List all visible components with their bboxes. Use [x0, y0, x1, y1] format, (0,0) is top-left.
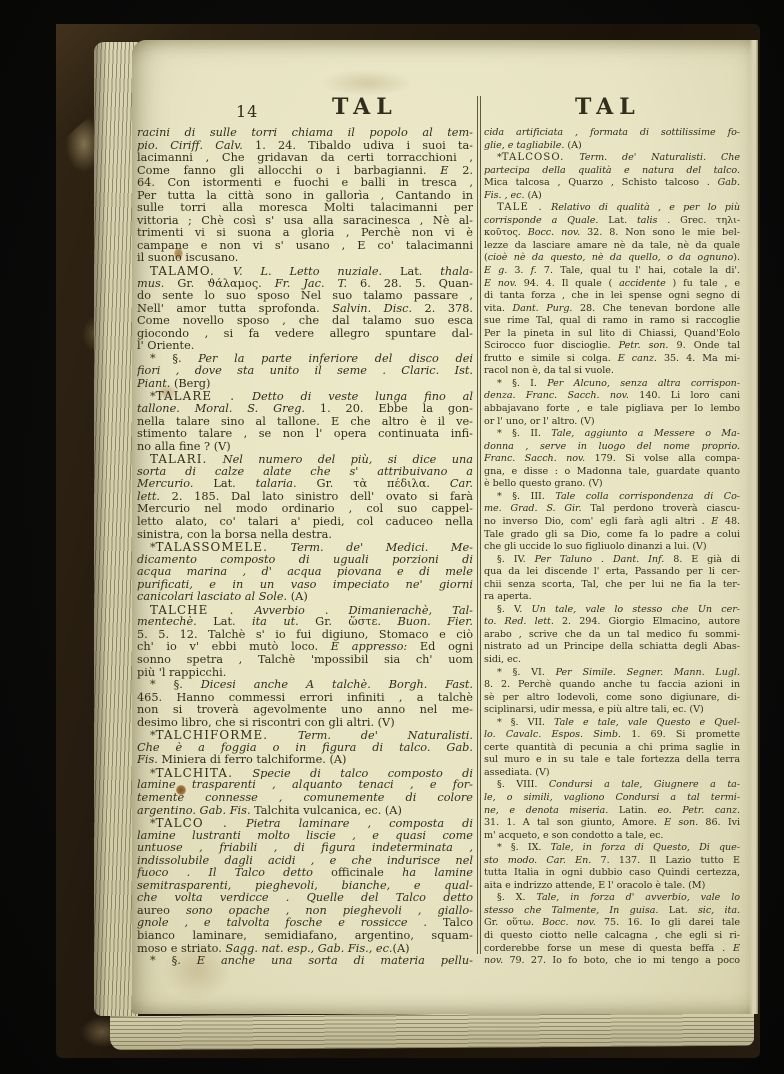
text-line: lamine lustranti molto liscie , e quasi …: [137, 830, 473, 843]
text-line: Scirocco fuor discioglie. Petr. son. 9. …: [484, 340, 740, 353]
text-line: corrisponde a Quale. Lat. talis . Grec. …: [484, 215, 740, 228]
text-line: * §. È anche una sorta di materia pellu-: [137, 955, 473, 968]
text-line: vittoria ; Chè così s' usa alla saracine…: [137, 215, 473, 228]
text-line: sto modo. Car. En. 7. 137. Il Lazio tutt…: [484, 855, 740, 868]
text-line: stesso che Talmente, In guisa. Lat. sic,…: [484, 905, 740, 918]
text-line: Mercurio nel modo ordinario , col suo ca…: [137, 503, 473, 516]
text-line: E g. 3. f. 7. Tale, qual tu l' hai, cota…: [484, 265, 740, 278]
text-line: che volta verdicce . Quelle del Talco de…: [137, 892, 473, 905]
text-line: aita e indrizzo attende, E l' oracolo è …: [484, 880, 740, 893]
text-line: che gli uccide lo suo figliuolo dinanzi …: [484, 541, 740, 554]
text-line: TALAMO. V. L. Letto nuziale. Lat. thala-: [137, 265, 473, 278]
text-line: sonno spetra , Talchè 'mpossibil sia ch'…: [137, 654, 473, 667]
text-line: mus. Gr. ϑάλαμος. Fr. Jac. T. 6. 28. 5. …: [137, 278, 473, 291]
text-line: Mercurio. Lat. talaria. Gr. τὰ πέδιλα. C…: [137, 478, 473, 491]
text-line: E nov. 94. 4. Il quale ( accidente ) fu …: [484, 278, 740, 291]
text-line: ch' io v' ebbi mutò loco. E appresso: Ed…: [137, 641, 473, 654]
text-line: Nell' amor tutta sprofonda. Salvin. Disc…: [137, 303, 473, 316]
text-line: Che è a foggia o in figura di talco. Gab…: [137, 742, 473, 755]
text-line: letto alato, co' talari a' piedi, col ca…: [137, 516, 473, 529]
text-line: lo. Cavalc. Espos. Simb. 1. 69. Si prome…: [484, 729, 740, 742]
text-line: tallone. Moral. S. Greg. 1. 20. Ebbe la …: [137, 403, 473, 416]
text-line: aureo sono opache , non pieghevoli , gia…: [137, 905, 473, 918]
text-line: di questo ciotto nelle calcagna , che eg…: [484, 930, 740, 943]
text-line: certe quantità di pecunia a chi prima sa…: [484, 742, 740, 755]
text-line: mentechè. Lat. ita ut. Gr. ὥστε. Buon. F…: [137, 616, 473, 629]
text-line: giocondo , si fa vedere allegro spuntare…: [137, 328, 473, 341]
text-line: Fis. Miniera di ferro talchiforme. (A): [137, 754, 473, 767]
text-line: Come novello sposo , che dal talamo suo …: [137, 315, 473, 328]
text-line: donna , serve in luogo del nome proprio.: [484, 441, 740, 454]
text-line: sè per altro lodevoli, come sono digiuna…: [484, 692, 740, 705]
column-divider-rule: [477, 96, 481, 954]
text-line: argentino. Gab. Fis. Talchita vulcanica,…: [137, 805, 473, 818]
page-right-edge: [749, 40, 758, 1014]
text-line: Fis. , ec. (A): [484, 190, 740, 203]
text-line: 8. 2. Perchè quando anche tu faccia azio…: [484, 679, 740, 692]
text-line: sue rime Tal, qual di ramo in ramo si ra…: [484, 315, 740, 328]
text-line: moso e striato. Sagg. nat. esp., Gab. Fi…: [137, 943, 473, 956]
text-line: lacimanni , Che gridavan da certi torrac…: [137, 152, 473, 165]
text-line: nistrato ad un Principe della schiatta d…: [484, 641, 740, 654]
text-line: κοῦτος. Bocc. nov. 32. 8. Non sono le mi…: [484, 227, 740, 240]
text-line: Piant. (Berg): [137, 378, 473, 391]
text-line: me. Grad. S. Gir. Tal perdono troverà ci…: [484, 503, 740, 516]
text-line: 465. Hanno commessi errori infiniti , a …: [137, 692, 473, 705]
text-line: semitrasparenti, pieghevoli, bianche, e …: [137, 880, 473, 893]
text-line: glie, e tagliabile. (A): [484, 140, 740, 153]
text-line: trimenti vi si suona a gloria , Perchè n…: [137, 227, 473, 240]
text-line: §. X. Tale, in forza d' avverbio, vale l…: [484, 892, 740, 905]
text-line: * §. I. Per Alcuno, senza altra corrispo…: [484, 378, 740, 391]
text-line: fiori , dove sta unito il seme . Claric.…: [137, 365, 473, 378]
text-line: partecipa della qualità e natura del tal…: [484, 165, 740, 178]
text-line: lett. 2. 185. Dal lato sinistro dell' ov…: [137, 491, 473, 504]
text-line: il suono iscusano.: [137, 252, 473, 265]
text-line: no inverso Dio, com' egli farà agli altr…: [484, 516, 740, 529]
text-line: acqua marina , d' acqua piovana e di mel…: [137, 566, 473, 579]
text-line: Come fanno gli allocchi o i barbagianni.…: [137, 165, 473, 178]
text-line: sorta di calze alate che s' attribuivano…: [137, 466, 473, 479]
text-line: è bello questo grano. (V): [484, 478, 740, 491]
text-line: sinistra, con la borsa nella destra.: [137, 529, 473, 542]
text-line: *TALASSOMELE. Term. de' Medici. Me-: [137, 541, 473, 554]
text-line: le, o simili, vagliono Condursi a tal te…: [484, 792, 740, 805]
text-line: gna, e disse : o Madonna tale, guardate …: [484, 466, 740, 479]
text-line: nov. 79. 27. Io fo boto, che io mi tengo…: [484, 955, 740, 968]
text-line: *TALCO . Pietra laminare , composta di: [137, 817, 473, 830]
text-line: * §. Dicesi anche A talchè. Borgh. Fast.: [137, 679, 473, 692]
text-line: Per la pineta in sul lito di Chiassi, Qu…: [484, 328, 740, 341]
text-line: lezze da lasciare amare nè da tale, nè d…: [484, 240, 740, 253]
text-line: di tanta forza , che in lei spense ogni …: [484, 290, 740, 303]
text-line: sul muro e in su tale e tale fortezza de…: [484, 754, 740, 767]
text-line: m' acqueto, e son condotto a tale, ec.: [484, 830, 740, 843]
text-line: campane e non vi s' usano , E co' talaci…: [137, 240, 473, 253]
text-line: assediata. (V): [484, 767, 740, 780]
text-line: lamine trasparenti , alquanto tenaci , e…: [137, 779, 473, 792]
text-line: stimento talare , se non l' opera contin…: [137, 428, 473, 441]
text-line: purificati, e in un vaso impeciato ne' g…: [137, 579, 473, 592]
text-line: qua da lei discende l' erta, Passando pe…: [484, 566, 740, 579]
text-line: TALCHÈ . Avverbio . Dimanierachè, Tal-: [137, 604, 473, 617]
text-line: dicamento composto di uguali porzioni di: [137, 554, 473, 567]
text-line: TALE . Relativo di qualità , e per lo pi…: [484, 202, 740, 215]
page-stack-bottom-edge: [110, 1012, 754, 1050]
text-line: 5. 5. 12. Talchè s' io fui digiuno, Stom…: [137, 629, 473, 642]
foxing-stain: [322, 70, 412, 96]
text-line: Per tutta la città sono in gallorìa , Ca…: [137, 190, 473, 203]
text-line: tutta Italia in ogni dubbio caso Quindi …: [484, 867, 740, 880]
text-line: vita. Dant. Purg. 28. Che tenevan bordon…: [484, 303, 740, 316]
text-line: ra aperta.: [484, 591, 740, 604]
text-line: arabo , scrive che da un tal medico fu s…: [484, 629, 740, 642]
text-line: sidi, ec.: [484, 654, 740, 667]
text-line: Mica talcosa , Quarzo , Schisto talcoso …: [484, 177, 740, 190]
text-line: pio. Ciriff. Calv. 1. 24. Tibaldo udiva …: [137, 140, 473, 153]
text-line: denza. Franc. Sacch. nov. 140. Li loro c…: [484, 390, 740, 403]
text-line: frutto e simile si colga. E canz. 35. 4.…: [484, 353, 740, 366]
text-line: * §. VII. Tale e tale, vale Questo e Que…: [484, 717, 740, 730]
text-column-left: racini di sulle torri chiama il popolo a…: [137, 127, 473, 968]
text-line: racol non è, da tal si vuole.: [484, 365, 740, 378]
text-line: no alla fine ? (V): [137, 441, 473, 454]
text-line: to. Red. lett. 2. 294. Giorgio Elmacino,…: [484, 616, 740, 629]
text-line: do sente lo suo sposo Nel suo talamo pas…: [137, 290, 473, 303]
text-line: 31. 1. A tal son giunto, Amore. E son. 8…: [484, 817, 740, 830]
text-line: Gr. οὕτω. Bocc. nov. 75. 16. Io gli dare…: [484, 917, 740, 930]
text-line: Tale grado gli sa Dio, come fa lo padre …: [484, 529, 740, 542]
text-line: l' Oriente.: [137, 340, 473, 353]
text-line: più 'l rappicchi.: [137, 667, 473, 680]
text-line: *TALCOSO. Term. de' Naturalisti. Che: [484, 152, 740, 165]
text-line: untuose , friabili , di figura indetermi…: [137, 842, 473, 855]
book-scan-background: 14 TAL TAL racini di sulle torri chiama …: [0, 0, 784, 1074]
text-line: 64. Con istormenti e fuochi e balli in t…: [137, 177, 473, 190]
text-line: * §. IX. Tale, in forza di Questo, Di qu…: [484, 842, 740, 855]
text-line: racini di sulle torri chiama il popolo a…: [137, 127, 473, 140]
text-line: sulle torri alla moresca Molti talaciman…: [137, 202, 473, 215]
text-line: nella talare sino al tallone. E che altr…: [137, 416, 473, 429]
text-line: * §. Per la parte inferiore del disco de…: [137, 353, 473, 366]
dictionary-page: 14 TAL TAL racini di sulle torri chiama …: [132, 40, 758, 1014]
text-line: chii senza scorta, Tal, che per lui ne f…: [484, 579, 740, 592]
text-line: TALARI. Nel numero del più, si dice una: [137, 453, 473, 466]
text-line: fuoco . Il Talco detto officinale ha lam…: [137, 867, 473, 880]
text-line: * §. VI. Per Simile. Segner. Mann. Lugl.: [484, 667, 740, 680]
text-line: corderebbe forse un mese di questa beffa…: [484, 943, 740, 956]
text-line: indissolubile dagli acidi , e che induri…: [137, 855, 473, 868]
page-number: 14: [236, 102, 258, 121]
text-line: §. VIII. Condursi a tale, Giugnere a ta-: [484, 779, 740, 792]
text-line: (cioè nè da questo, nè da quello, o da o…: [484, 252, 740, 265]
text-line: * §. III. Tale colla corrispondenza di C…: [484, 491, 740, 504]
text-line: desimo libro, che si riscontri con gli a…: [137, 717, 473, 730]
text-line: cida artificiata , formata di sottilissi…: [484, 127, 740, 140]
text-line: *TALCHITA. Specie di talco composto di: [137, 767, 473, 780]
text-line: *TALARE . Detto di veste lunga fino al: [137, 390, 473, 403]
text-line: temente connesse , comunemente di colore: [137, 792, 473, 805]
text-line: Franc. Sacch. nov. 179. Si volse alla co…: [484, 453, 740, 466]
text-line: or l' uno, or l' altro. (V): [484, 416, 740, 429]
text-line: canicolari lasciato al Sole. (A): [137, 591, 473, 604]
text-line: non si troverà agevolmente uno anno nel …: [137, 704, 473, 717]
text-line: sciplinarsi, udir messa, e più altre tal…: [484, 704, 740, 717]
text-line: abbajavano forte , e tale pigliava per l…: [484, 403, 740, 416]
text-line: §. V. Un tale, vale lo stesso che Un cer…: [484, 604, 740, 617]
running-head-left: TAL: [332, 94, 398, 120]
text-line: * §. II. Tale, aggiunto a Messere o Ma-: [484, 428, 740, 441]
text-line: bianco laminare, semidiafano, argentino,…: [137, 930, 473, 943]
running-head-right: TAL: [575, 94, 641, 120]
text-column-right: cida artificiata , formata di sottilissi…: [484, 127, 740, 968]
text-line: ne, e denota miseria. Latin. eo. Petr. c…: [484, 805, 740, 818]
text-line: §. IV. Per Taluno . Dant. Inf. 8. E già …: [484, 554, 740, 567]
text-line: gnole , e talvolta fosche e rossicce . T…: [137, 917, 473, 930]
text-line: *TALCHIFORME. Term. de' Naturalisti.: [137, 729, 473, 742]
